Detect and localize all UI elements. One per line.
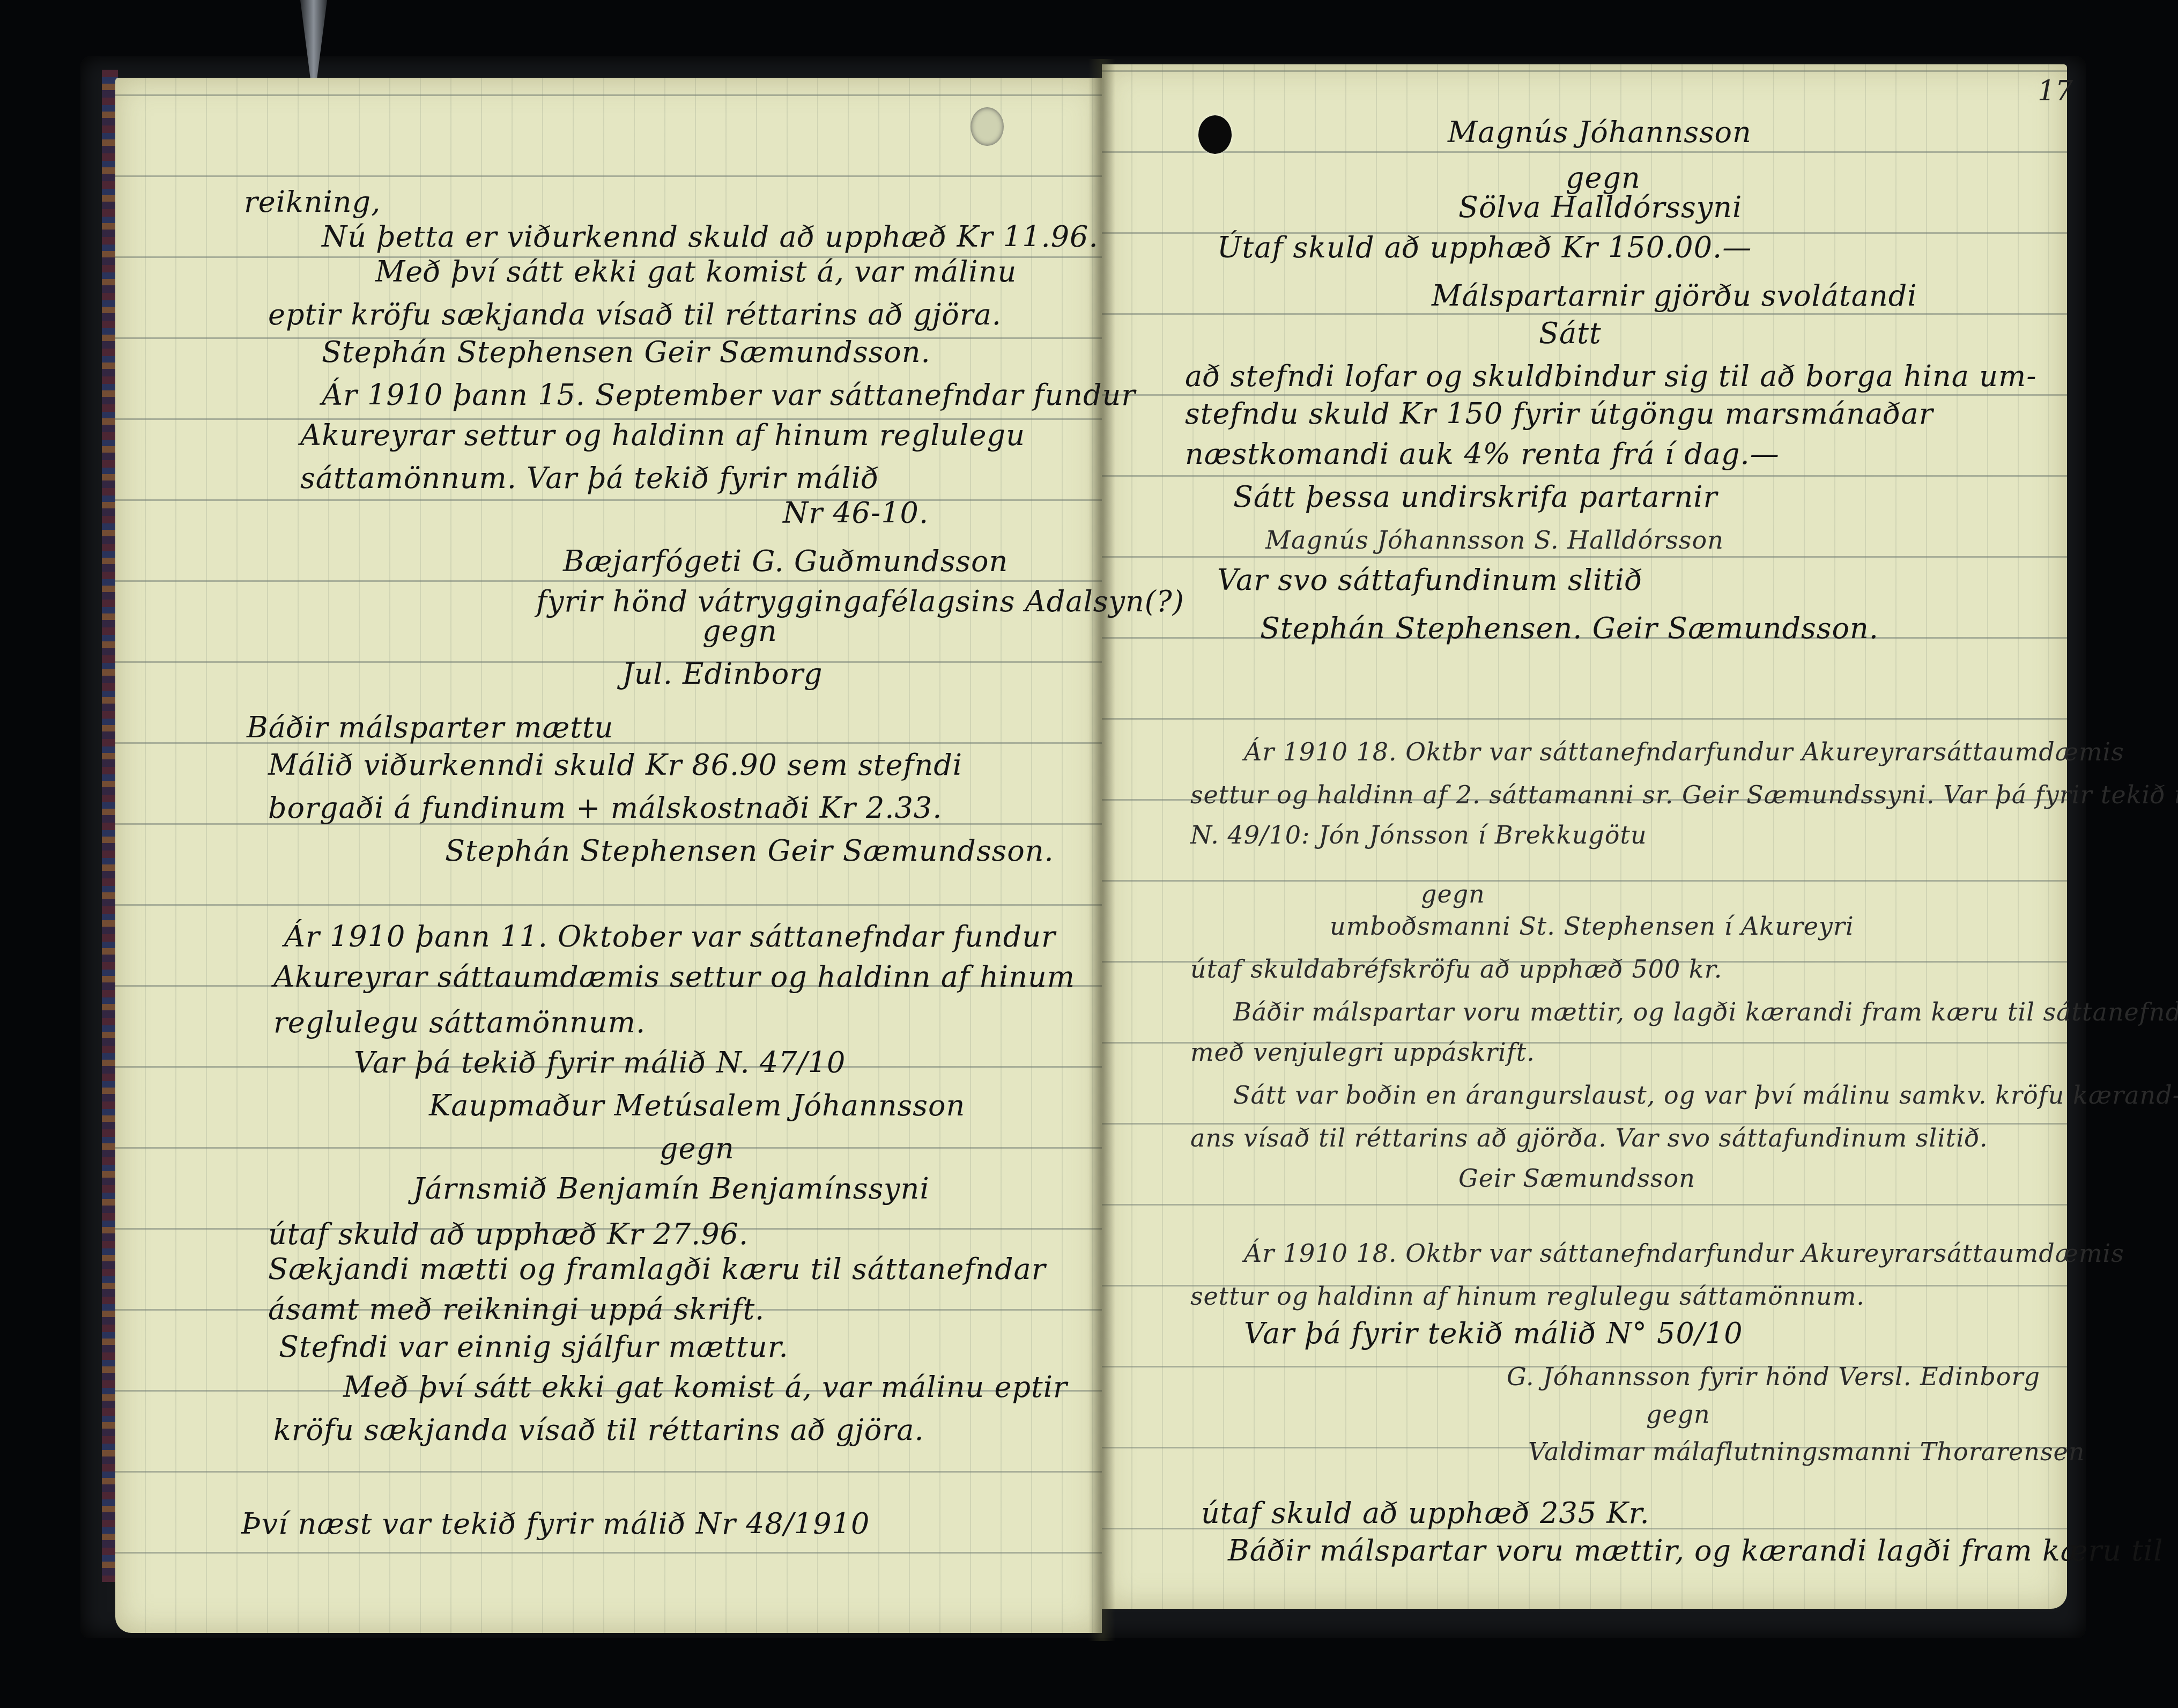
punch-hole-right (1198, 115, 1232, 154)
text-line: settur og haldinn af 2. sáttamanni sr. G… (1190, 780, 2178, 809)
text-line: Með því sátt ekki gat komist á, var máli… (343, 1370, 1068, 1404)
text-line: umboðsmanni St. Stephensen í Akureyri (1330, 912, 1854, 941)
text-line: gegn (1421, 879, 1485, 908)
text-line: Nú þetta er viðurkennd skuld að upphæð K… (322, 220, 1099, 254)
text-line: Sátt (1539, 316, 1602, 350)
text-line: Málið viðurkenndi skuld Kr 86.90 sem ste… (268, 748, 962, 782)
text-line: stefndu skuld Kr 150 fyrir útgöngu marsm… (1185, 397, 1933, 431)
text-line: borgaði á fundinum + málskostnaði Kr 2.3… (268, 791, 942, 825)
text-line: Magnús Jóhannsson S. Halldórsson (1265, 526, 1724, 554)
text-line: Akureyrar sáttaumdæmis settur og haldinn… (273, 960, 1075, 994)
text-line: gegn (702, 614, 777, 648)
text-line: Valdimar málaflutningsmanni Thorarensen (1528, 1437, 2085, 1466)
text-line: kröfu sækjanda vísað til réttarins að gj… (273, 1413, 924, 1447)
text-line: Báðir málsparter mættu (247, 711, 613, 744)
text-line: Sátt þessa undirskrifa partarnir (1233, 480, 1717, 514)
text-line: Ár 1910 18. Oktbr var sáttanefndarfundur… (1244, 1239, 2124, 1268)
text-line: N. 49/10: Jón Jónsson í Brekkugötu (1190, 820, 1647, 849)
punch-hole-left (971, 107, 1004, 146)
text-line: gegn (1646, 1400, 1710, 1429)
text-line: gegn (1566, 161, 1641, 195)
text-line: Báðir málspartar voru mættir, og lagði k… (1233, 997, 2178, 1026)
text-line: Akureyrar settur og haldinn af hinum reg… (300, 418, 1025, 452)
text-line: með venjulegri uppáskrift. (1190, 1038, 1535, 1067)
text-line: Sækjandi mætti og framlagði kæru til sát… (268, 1252, 1046, 1286)
text-line: ásamt með reikningi uppá skrift. (268, 1292, 765, 1326)
text-line: Nr 46-10. (783, 496, 929, 530)
text-line: Stephán Stephensen Geir Sæmundsson. (445, 834, 1054, 868)
text-line: Var svo sáttafundinum slitið (1217, 563, 1643, 597)
text-line: útaf skuldabréfskröfu að upphæð 500 kr. (1190, 955, 1722, 984)
text-line: Því næst var tekið fyrir málið Nr 48/191… (241, 1507, 870, 1541)
text-line: Járnsmið Benjamín Benjamínssyni (413, 1172, 930, 1206)
text-line: Stephán Stephensen. Geir Sæmundsson. (1260, 611, 1879, 645)
text-line: Bæjarfógeti G. Guðmundsson (563, 544, 1008, 578)
text-line: ans vísað til réttarins að gjörða. Var s… (1190, 1123, 1988, 1152)
text-line: Sölva Halldórssyni (1458, 190, 1742, 224)
text-line: Stefndi var einnig sjálfur mættur. (279, 1330, 789, 1364)
text-line: Magnús Jóhannsson (1448, 115, 1752, 149)
text-line: Var þá tekið fyrir málið N. 47/10 (354, 1046, 846, 1079)
text-line: reikning, (244, 185, 381, 219)
text-line: útaf skuld að upphæð 235 Kr. (1201, 1496, 1650, 1530)
text-line: Ár 1910 þann 15. September var sáttanefn… (322, 378, 1136, 412)
text-line: Geir Sæmundsson (1458, 1164, 1695, 1193)
text-line: Var þá fyrir tekið málið N° 50/10 (1244, 1317, 1743, 1350)
text-line: reglulegu sáttamönnum. (273, 1005, 646, 1039)
text-line: Báðir málspartar voru mættir, og kærandi… (1228, 1534, 2163, 1567)
text-line: Ár 1910 18. Oktbr var sáttanefndarfundur… (1244, 737, 2124, 766)
text-line: G. Jóhannsson fyrir hönd Versl. Edinborg (1507, 1362, 2040, 1391)
text-line: Málspartarnir gjörðu svolátandi (1432, 279, 1917, 313)
text-line: Jul. Edinborg (622, 657, 823, 691)
text-line: Útaf skuld að upphæð Kr 150.00.— (1217, 231, 1752, 264)
text-line: eptir kröfu sækjanda vísað til réttarins… (268, 298, 1002, 331)
text-line: útaf skuld að upphæð Kr 27.96. (268, 1217, 749, 1251)
text-line: Með því sátt ekki gat komist á, var máli… (375, 255, 1017, 289)
text-line: gegn (660, 1132, 735, 1165)
text-line: að stefndi lofar og skuldbindur sig til … (1185, 359, 2036, 393)
text-line: næstkomandi auk 4% renta frá í dag.— (1185, 437, 1780, 471)
text-line: Sátt var boðin en árangurslaust, og var … (1233, 1081, 2178, 1110)
text-line: Stephán Stephensen Geir Sæmundsson. (322, 335, 931, 369)
text-line: settur og haldinn af hinum reglulegu sát… (1190, 1282, 1865, 1311)
text-line: Ár 1910 þann 11. Oktober var sáttanefnda… (284, 920, 1056, 953)
text-line: sáttamönnum. Var þá tekið fyrir málið (300, 461, 879, 495)
page-number: 17 (2038, 75, 2073, 107)
text-line: Kaupmaður Metúsalem Jóhannsson (429, 1089, 965, 1122)
text-line: fyrir hönd vátryggingafélagsins Adalsyn(… (536, 585, 1184, 618)
book-gutter (1088, 59, 1115, 1641)
